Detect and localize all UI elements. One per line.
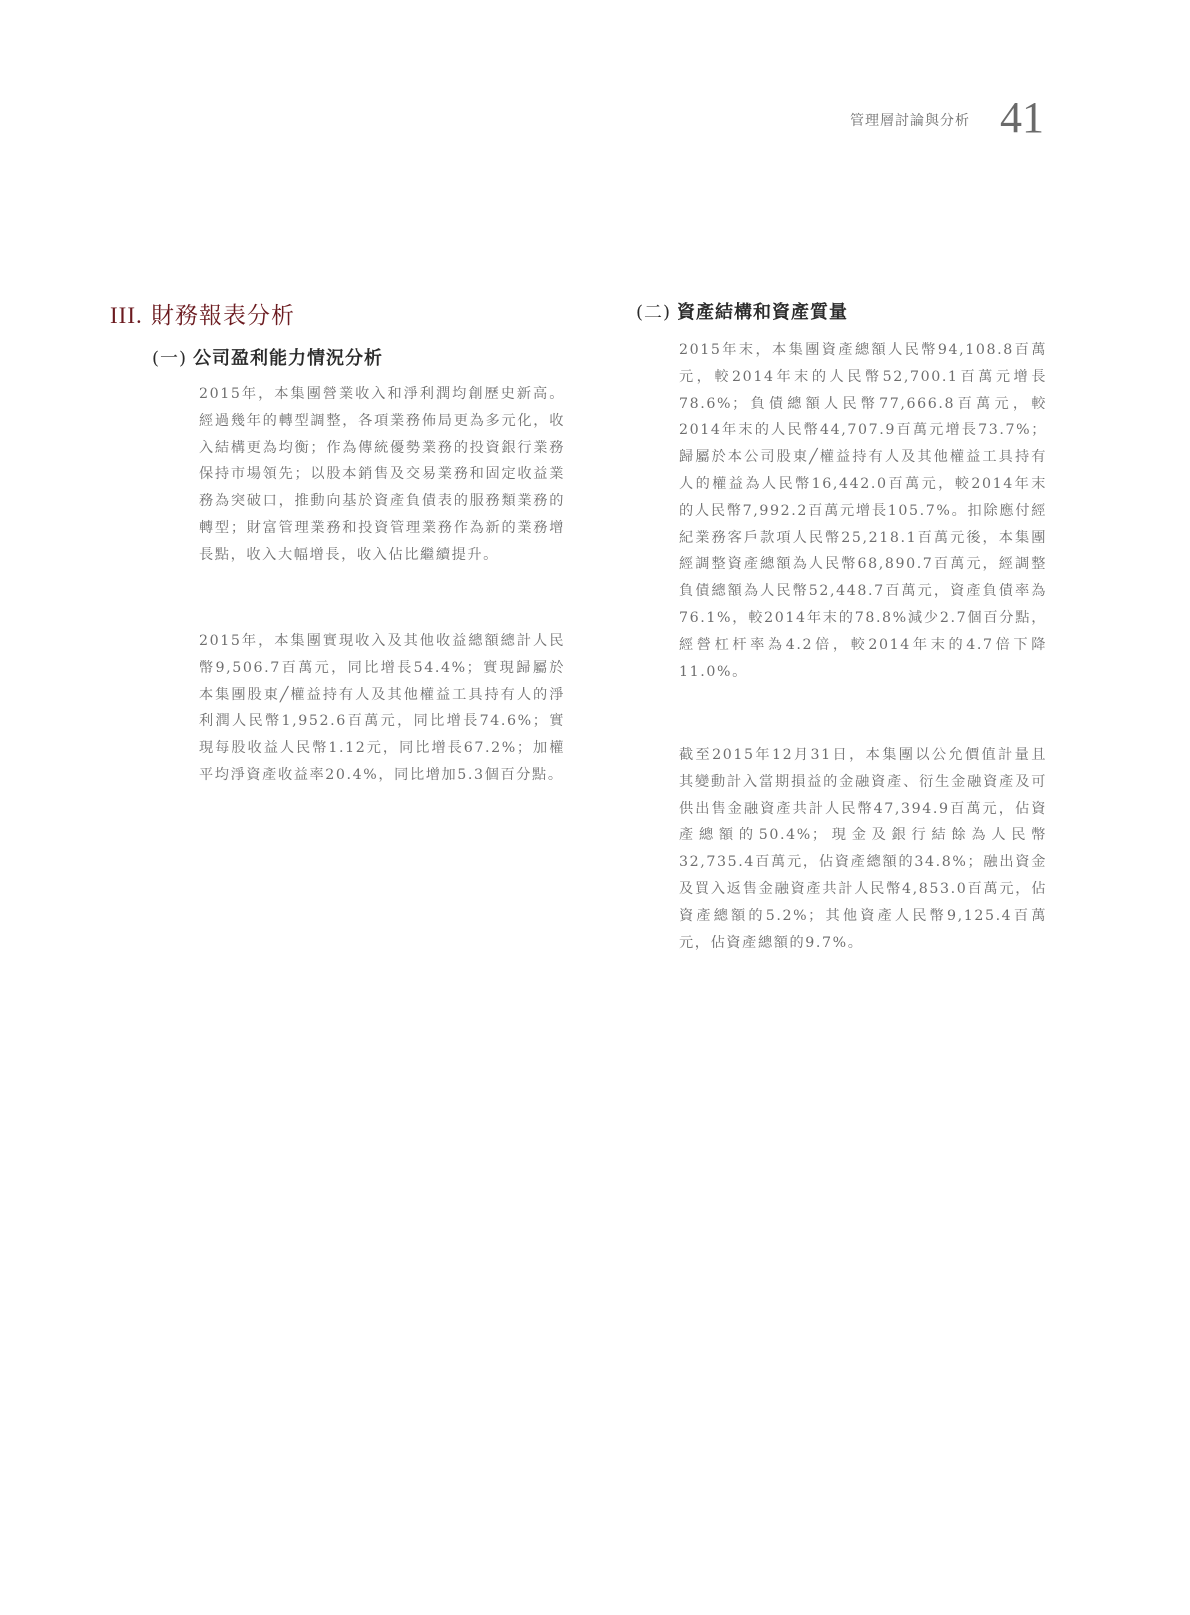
- running-title: 管理層討論與分析: [850, 110, 970, 140]
- page-number: 41: [1000, 96, 1044, 140]
- profitability-paragraph-1: 2015年，本集團營業收入和淨利潤均創歷史新高。經過幾年的轉型調整，各項業務佈局…: [199, 381, 565, 569]
- subsection-2-marker: (二): [636, 302, 671, 323]
- asset-structure-paragraph-2: 截至2015年12月31日，本集團以公允價值計量且其變動計入當期損益的金融資產、…: [679, 742, 1047, 956]
- subsection-1-marker: (一): [152, 348, 187, 369]
- page-header: 管理層討論與分析 41: [850, 96, 1044, 140]
- profitability-paragraph-2: 2015年，本集團實現收入及其他收益總額總計人民幣9,506.7百萬元，同比增長…: [199, 628, 565, 789]
- section-title-text: 財務報表分析: [151, 303, 295, 329]
- subsection-2-title: 資產結構和資產質量: [677, 302, 848, 323]
- subsection-1-heading: (一)公司盈利能力情況分析: [152, 344, 383, 370]
- asset-structure-paragraph-1: 2015年末，本集團資產總額人民幣94,108.8百萬元，較2014年末的人民幣…: [679, 337, 1047, 685]
- section-number: III.: [110, 303, 143, 328]
- subsection-2-heading: (二)資產結構和資產質量: [636, 298, 848, 324]
- subsection-1-title: 公司盈利能力情況分析: [193, 348, 383, 369]
- section-title: III. 財務報表分析: [110, 297, 295, 330]
